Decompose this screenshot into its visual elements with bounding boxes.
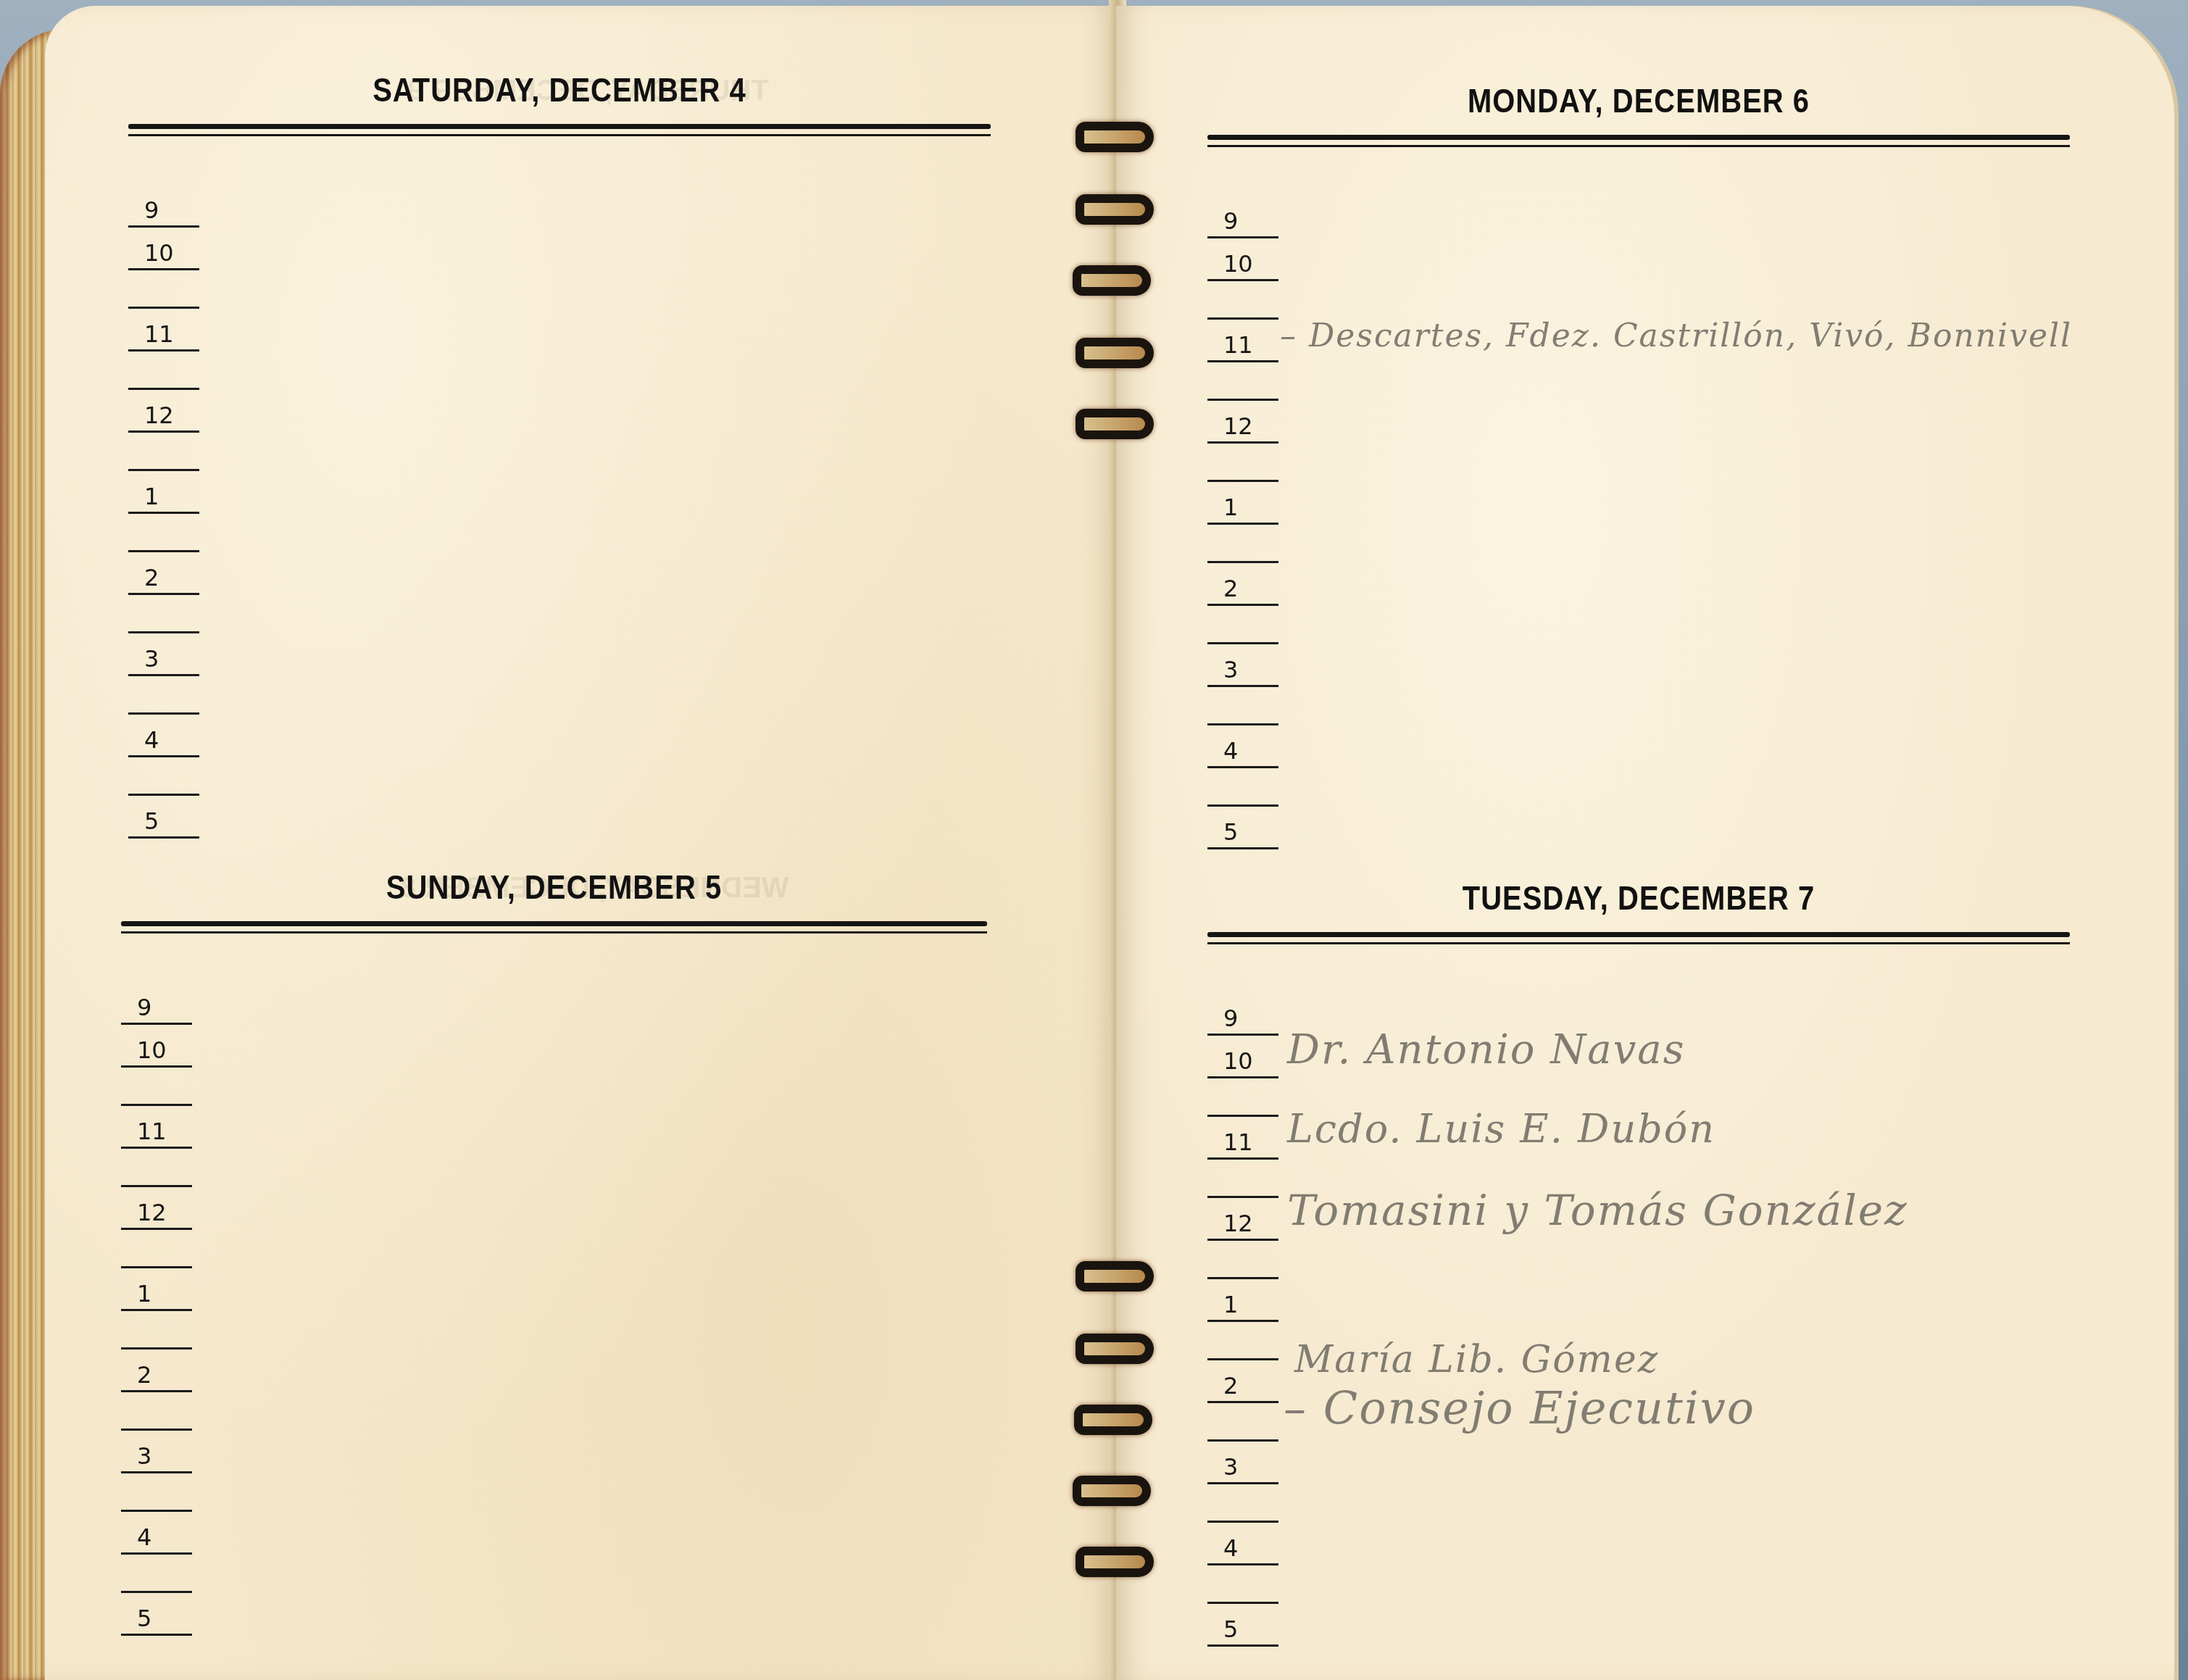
hour-slot[interactable]: 4 [1207, 1521, 1278, 1565]
hour-slot[interactable]: 2 [128, 550, 199, 595]
hour-label: 12 [1223, 1210, 1253, 1237]
hour-slot[interactable]: 3 [1207, 1439, 1278, 1484]
spiral-ring-icon [1073, 265, 1151, 296]
hour-slot[interactable]: 3 [121, 1429, 192, 1473]
handwritten-entry: Tomasini y Tomás González [1287, 1186, 1908, 1235]
spiral-ring-icon [1076, 409, 1154, 439]
hour-slot[interactable]: 5 [121, 1591, 192, 1636]
hour-label: 9 [1223, 207, 1238, 235]
hour-label: 10 [137, 1036, 167, 1064]
hour-label: 5 [1223, 1615, 1238, 1643]
hour-slot[interactable]: 12 [121, 1185, 192, 1230]
header-rule-thick [121, 921, 987, 926]
hour-label: 1 [137, 1280, 151, 1307]
hour-label: 4 [1223, 1534, 1238, 1562]
hour-label: 4 [137, 1523, 151, 1551]
hour-slot[interactable]: 10 [128, 225, 199, 270]
hour-label: 12 [137, 1199, 167, 1226]
spiral-ring-icon [1076, 1261, 1154, 1292]
spiral-ring-icon [1074, 1405, 1152, 1435]
hour-slot[interactable]: 9 [1207, 196, 1278, 238]
hour-label: 10 [1223, 1047, 1253, 1075]
spiral-ring-icon [1073, 1476, 1151, 1506]
hour-label: 11 [144, 320, 174, 348]
hour-slot[interactable]: 12 [1207, 399, 1278, 444]
spiral-ring-icon [1076, 1334, 1154, 1364]
day-monday-dec-6: MONDAY, DECEMBER 6 9 10 11 12 1 2 3 4 5 … [1207, 86, 2070, 854]
hour-slot[interactable]: 2 [1207, 1358, 1278, 1403]
hour-slot[interactable]: 2 [1207, 561, 1278, 606]
hour-slot[interactable]: 9 [1207, 993, 1278, 1036]
hour-label: 9 [137, 994, 151, 1021]
right-page: MONDAY, DECEMBER 6 9 10 11 12 1 2 3 4 5 … [1116, 6, 2174, 1680]
hour-label: 9 [1223, 1005, 1238, 1032]
hour-slot[interactable]: 1 [1207, 480, 1278, 525]
hour-label: 5 [144, 807, 159, 835]
hour-label: 2 [144, 564, 159, 591]
hour-slot[interactable]: 1 [128, 469, 199, 514]
hour-slot[interactable]: 11 [121, 1104, 192, 1149]
hour-slot[interactable]: 9 [121, 982, 192, 1025]
hour-label: 3 [144, 645, 159, 673]
header-rule-thick [1207, 135, 2070, 140]
day-title: SUNDAY, DECEMBER 5 [121, 870, 987, 907]
day-title: SATURDAY, DECEMBER 4 [128, 72, 991, 110]
hour-label: 3 [1223, 1453, 1238, 1481]
hour-label: 11 [1223, 1128, 1253, 1156]
left-page: THURSDAY, DECEMBER 9 SATURDAY, DECEMBER … [45, 6, 1116, 1680]
day-tuesday-dec-7: TUESDAY, DECEMBER 7 9 10 11 12 1 2 3 4 5… [1207, 883, 2070, 1651]
handwritten-entry: – Descartes, Fdez. Castrillón, Vivó, Bon… [1280, 317, 2072, 354]
handwritten-entry: – Consejo Ejecutivo [1284, 1381, 1755, 1434]
hour-slot[interactable]: 2 [121, 1347, 192, 1392]
handwritten-entry: Lcdo. Luis E. Dubón [1287, 1106, 1715, 1152]
hour-slot[interactable]: 12 [1207, 1196, 1278, 1241]
hour-label: 2 [1223, 575, 1238, 602]
hour-slot[interactable]: 10 [1207, 1034, 1278, 1078]
hour-slot[interactable]: 11 [128, 307, 199, 352]
day-title: MONDAY, DECEMBER 6 [1207, 83, 2070, 121]
hour-slot[interactable]: 11 [1207, 317, 1278, 362]
hour-slot[interactable]: 4 [1207, 723, 1278, 768]
hour-slot[interactable]: 4 [121, 1510, 192, 1555]
hour-slot[interactable]: 3 [1207, 642, 1278, 687]
hour-label: 4 [1223, 737, 1238, 765]
header-rule-thick [128, 124, 991, 129]
hour-label: 3 [137, 1442, 151, 1470]
header-rule-thin [128, 134, 991, 136]
header-rule-thin [1207, 942, 2070, 944]
handwritten-entry: Dr. Antonio Navas [1287, 1026, 1685, 1073]
hour-label: 2 [1223, 1372, 1238, 1400]
spiral-ring-icon [1076, 1547, 1154, 1577]
hour-slot[interactable]: 12 [128, 388, 199, 433]
hour-label: 12 [1223, 412, 1253, 440]
hour-label: 11 [1223, 331, 1253, 359]
hour-slot[interactable]: 10 [1207, 236, 1278, 281]
header-rule-thin [1207, 145, 2070, 147]
hour-slot[interactable]: 11 [1207, 1115, 1278, 1160]
hour-label: 12 [144, 402, 174, 429]
hour-label: 1 [1223, 1291, 1238, 1318]
hour-label: 9 [144, 196, 159, 224]
header-rule-thick [1207, 932, 2070, 937]
hour-label: 4 [144, 726, 159, 754]
hour-label: 2 [137, 1361, 151, 1389]
hour-slot[interactable]: 4 [128, 712, 199, 757]
spiral-ring-icon [1076, 194, 1154, 225]
hour-label: 10 [144, 239, 174, 267]
day-sunday-dec-5: SUNDAY, DECEMBER 5 9 10 11 12 1 2 3 4 5 [121, 872, 987, 1640]
handwritten-entry: María Lib. Gómez [1294, 1338, 1659, 1381]
hour-slot[interactable]: 3 [128, 631, 199, 676]
hour-slot[interactable]: 9 [128, 185, 199, 228]
hour-label: 1 [144, 483, 159, 510]
hour-slot[interactable]: 5 [128, 794, 199, 839]
hour-slot[interactable]: 1 [1207, 1277, 1278, 1322]
hour-label: 10 [1223, 250, 1253, 278]
hour-label: 5 [137, 1605, 151, 1632]
hour-slot[interactable]: 1 [121, 1266, 192, 1311]
hour-label: 1 [1223, 494, 1238, 521]
header-rule-thin [121, 931, 987, 933]
hour-label: 5 [1223, 818, 1238, 846]
spiral-ring-icon [1076, 122, 1154, 152]
spiral-ring-icon [1076, 338, 1154, 368]
day-saturday-dec-4: SATURDAY, DECEMBER 4 9 10 11 12 1 2 3 4 … [128, 75, 991, 843]
hour-slot[interactable]: 10 [121, 1023, 192, 1068]
hour-label: 3 [1223, 656, 1238, 683]
hour-slot[interactable]: 5 [1207, 1602, 1278, 1647]
hour-slot[interactable]: 5 [1207, 804, 1278, 849]
day-title: TUESDAY, DECEMBER 7 [1207, 881, 2070, 918]
hour-label: 11 [137, 1118, 167, 1145]
